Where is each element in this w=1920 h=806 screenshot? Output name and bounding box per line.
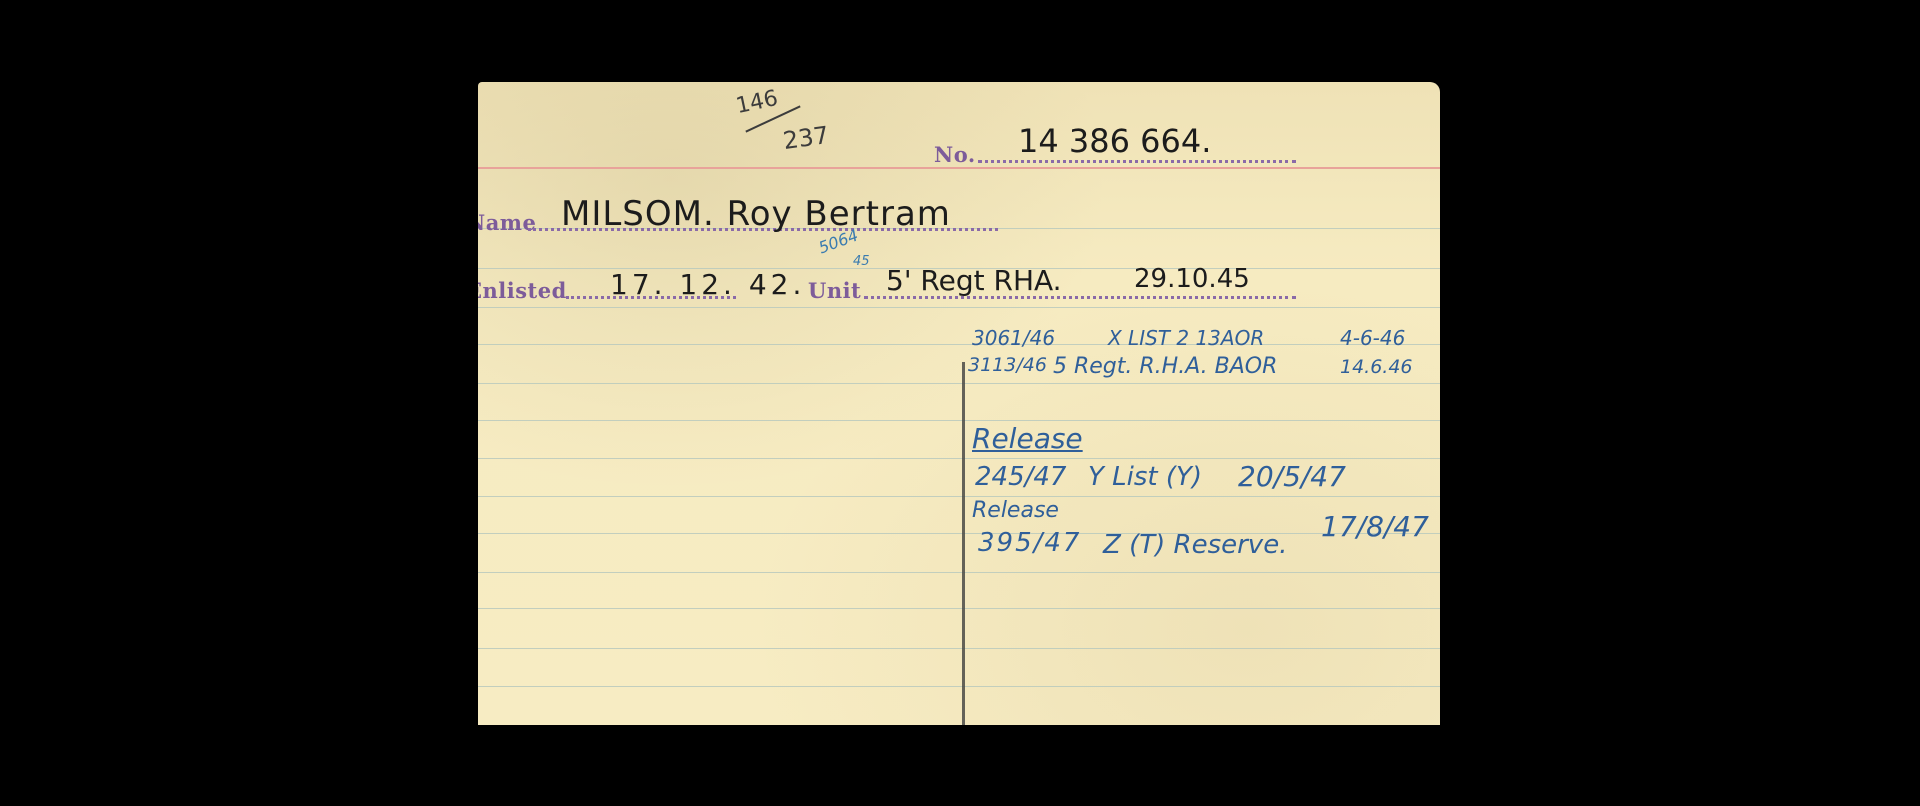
- entry-text: X LIST 2 13AOR: [1108, 326, 1264, 350]
- number-dotted-line: [978, 160, 1296, 163]
- release-date: 17/8/47: [1321, 510, 1429, 543]
- entry-date: 4-6-46: [1340, 326, 1405, 350]
- release-text: Z (T) Reserve.: [1103, 530, 1287, 560]
- ruled-line: [478, 344, 1440, 345]
- name-label: Name: [478, 210, 536, 235]
- service-number: 14 386 664.: [1018, 122, 1211, 160]
- entry-date: 14.6.46: [1340, 356, 1413, 378]
- entry-ref: 3061/46: [972, 326, 1055, 350]
- release-ref: 245/47: [975, 462, 1066, 492]
- release-ref: 395/47: [978, 528, 1081, 558]
- release-heading: Release: [972, 422, 1083, 455]
- ruled-line: [478, 307, 1440, 308]
- release-text: Y List (Y): [1088, 462, 1202, 492]
- header-red-rule: [478, 167, 1440, 169]
- ruled-line: [478, 686, 1440, 687]
- unit-value: 5' Regt RHA.: [886, 264, 1062, 297]
- enlisted-date: 17. 12. 42.: [610, 268, 805, 301]
- ruled-line: [478, 458, 1440, 459]
- ref-fraction-bottom: 237: [781, 121, 830, 155]
- ruled-line: [478, 383, 1440, 384]
- ruled-line: [478, 420, 1440, 421]
- ruled-line: [478, 496, 1440, 497]
- ref-fraction-top: 146: [734, 86, 780, 119]
- unit-date: 29.10.45: [1134, 264, 1250, 294]
- service-record-card: 146 237 No. 14 386 664. Name MILSOM. Roy…: [478, 82, 1440, 725]
- ruled-line: [478, 608, 1440, 609]
- ruled-line: [478, 648, 1440, 649]
- release-heading: Release: [972, 498, 1059, 523]
- name-value: MILSOM. Roy Bertram: [561, 194, 951, 234]
- release-date: 20/5/47: [1238, 460, 1346, 493]
- number-label: No.: [934, 142, 976, 167]
- unit-annotation-bottom: 45: [853, 254, 870, 269]
- unit-label: Unit: [808, 278, 861, 303]
- ruled-line: [478, 533, 1440, 534]
- entry-ref: 3113/46: [968, 354, 1047, 376]
- entry-text: 5 Regt. R.H.A. BAOR: [1053, 354, 1277, 379]
- column-divider: [962, 362, 965, 725]
- enlisted-label: Enlisted: [478, 278, 567, 303]
- ruled-line: [478, 572, 1440, 573]
